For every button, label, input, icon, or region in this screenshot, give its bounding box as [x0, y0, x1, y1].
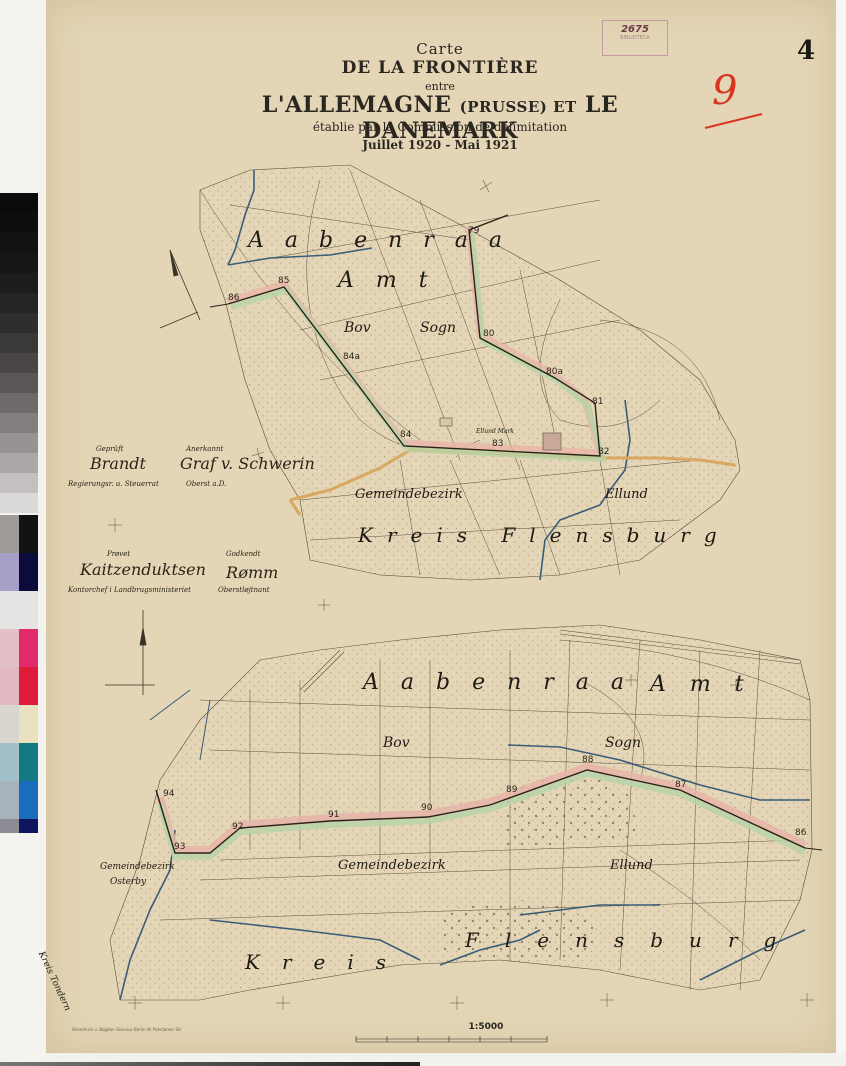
scale-ratio: 1:5000 — [416, 1022, 556, 1032]
point-89: 89 — [506, 785, 517, 795]
point-84a: 84a — [343, 352, 360, 362]
upper-label-aabenraa: Aabenraa — [248, 228, 523, 253]
upper-label-kreis-flensburg: Kreis Flensburg — [358, 523, 731, 547]
point-92: 92 — [232, 822, 243, 832]
upper-label-gemeindebezirk: Gemeindebezirk — [355, 487, 463, 502]
red-underline — [705, 114, 762, 128]
point-86-upper: 86 — [228, 293, 239, 303]
printer-imprint: Steindruck v. Bogdan Gisevius Berlin W. … — [72, 1027, 182, 1032]
lower-label-amt: Amt — [650, 672, 768, 697]
upper-label-bov: Bov — [344, 320, 371, 336]
scale-bar-graphic — [356, 1036, 547, 1042]
upper-label-sogn: Sogn — [420, 320, 456, 336]
lower-label-osterby: Osterby — [110, 877, 146, 887]
sig-role-anerkannt: Anerkannt — [186, 445, 223, 453]
scale-bar: 1:5000 — [356, 1022, 556, 1032]
lower-label-gemeindebezirk: Gemeindebezirk — [338, 858, 446, 873]
point-94: 94 — [163, 789, 174, 799]
point-84: 84 — [400, 430, 411, 440]
sig-role-gepruft: Geprüft — [96, 445, 123, 453]
sig-name-romm: Rømm — [226, 563, 278, 582]
sig-title-oberstlojtnant: Oberstløjtnant — [218, 586, 270, 594]
lower-label-kreis: Kreis — [245, 950, 408, 974]
lower-label-ellund: Ellund — [610, 858, 653, 873]
point-83: 83 — [492, 439, 503, 449]
point-90: 90 — [421, 803, 432, 813]
lower-label-flensburg: Flensburg — [465, 928, 802, 952]
point-79: 79 — [468, 226, 479, 236]
sig-name-schwerin: Graf v. Schwerin — [180, 454, 315, 473]
sig-name-kaitzenduktsen: Kaitzenduktsen — [80, 560, 206, 579]
lower-label-bov: Bov — [383, 735, 410, 751]
upper-label-ellund-mark: Ellund Mark — [476, 428, 514, 435]
lower-label-sogn: Sogn — [605, 735, 641, 751]
point-87: 87 — [675, 780, 686, 790]
sig-title-kontorchef: Kontorchef i Landbrugsministeriet — [68, 586, 191, 594]
upper-label-amt: Amt — [338, 268, 450, 293]
point-88: 88 — [582, 755, 593, 765]
point-80: 80 — [483, 329, 494, 339]
sig-role-provet: Prøvet — [107, 550, 130, 558]
point-93: 93 — [174, 842, 185, 852]
point-91: 91 — [328, 810, 339, 820]
sig-role-godkendt: Godkendt — [226, 550, 260, 558]
sig-name-brandt: Brandt — [90, 454, 146, 473]
sig-title-regierungsrat: Regierungsr. u. Steuerrat — [68, 480, 159, 488]
lower-label-gemeindebezirk-osterby: Gemeindebezirk — [100, 862, 175, 872]
sig-title-oberst: Oberst a.D. — [186, 480, 226, 488]
point-86-lower: 86 — [795, 828, 806, 838]
upper-label-ellund: Ellund — [605, 487, 648, 502]
point-81: 81 — [592, 397, 603, 407]
lower-label-aabenraa: Aabenraa — [363, 670, 646, 695]
point-80a: 80a — [546, 367, 563, 377]
point-82: 82 — [598, 447, 609, 457]
point-85: 85 — [278, 276, 289, 286]
